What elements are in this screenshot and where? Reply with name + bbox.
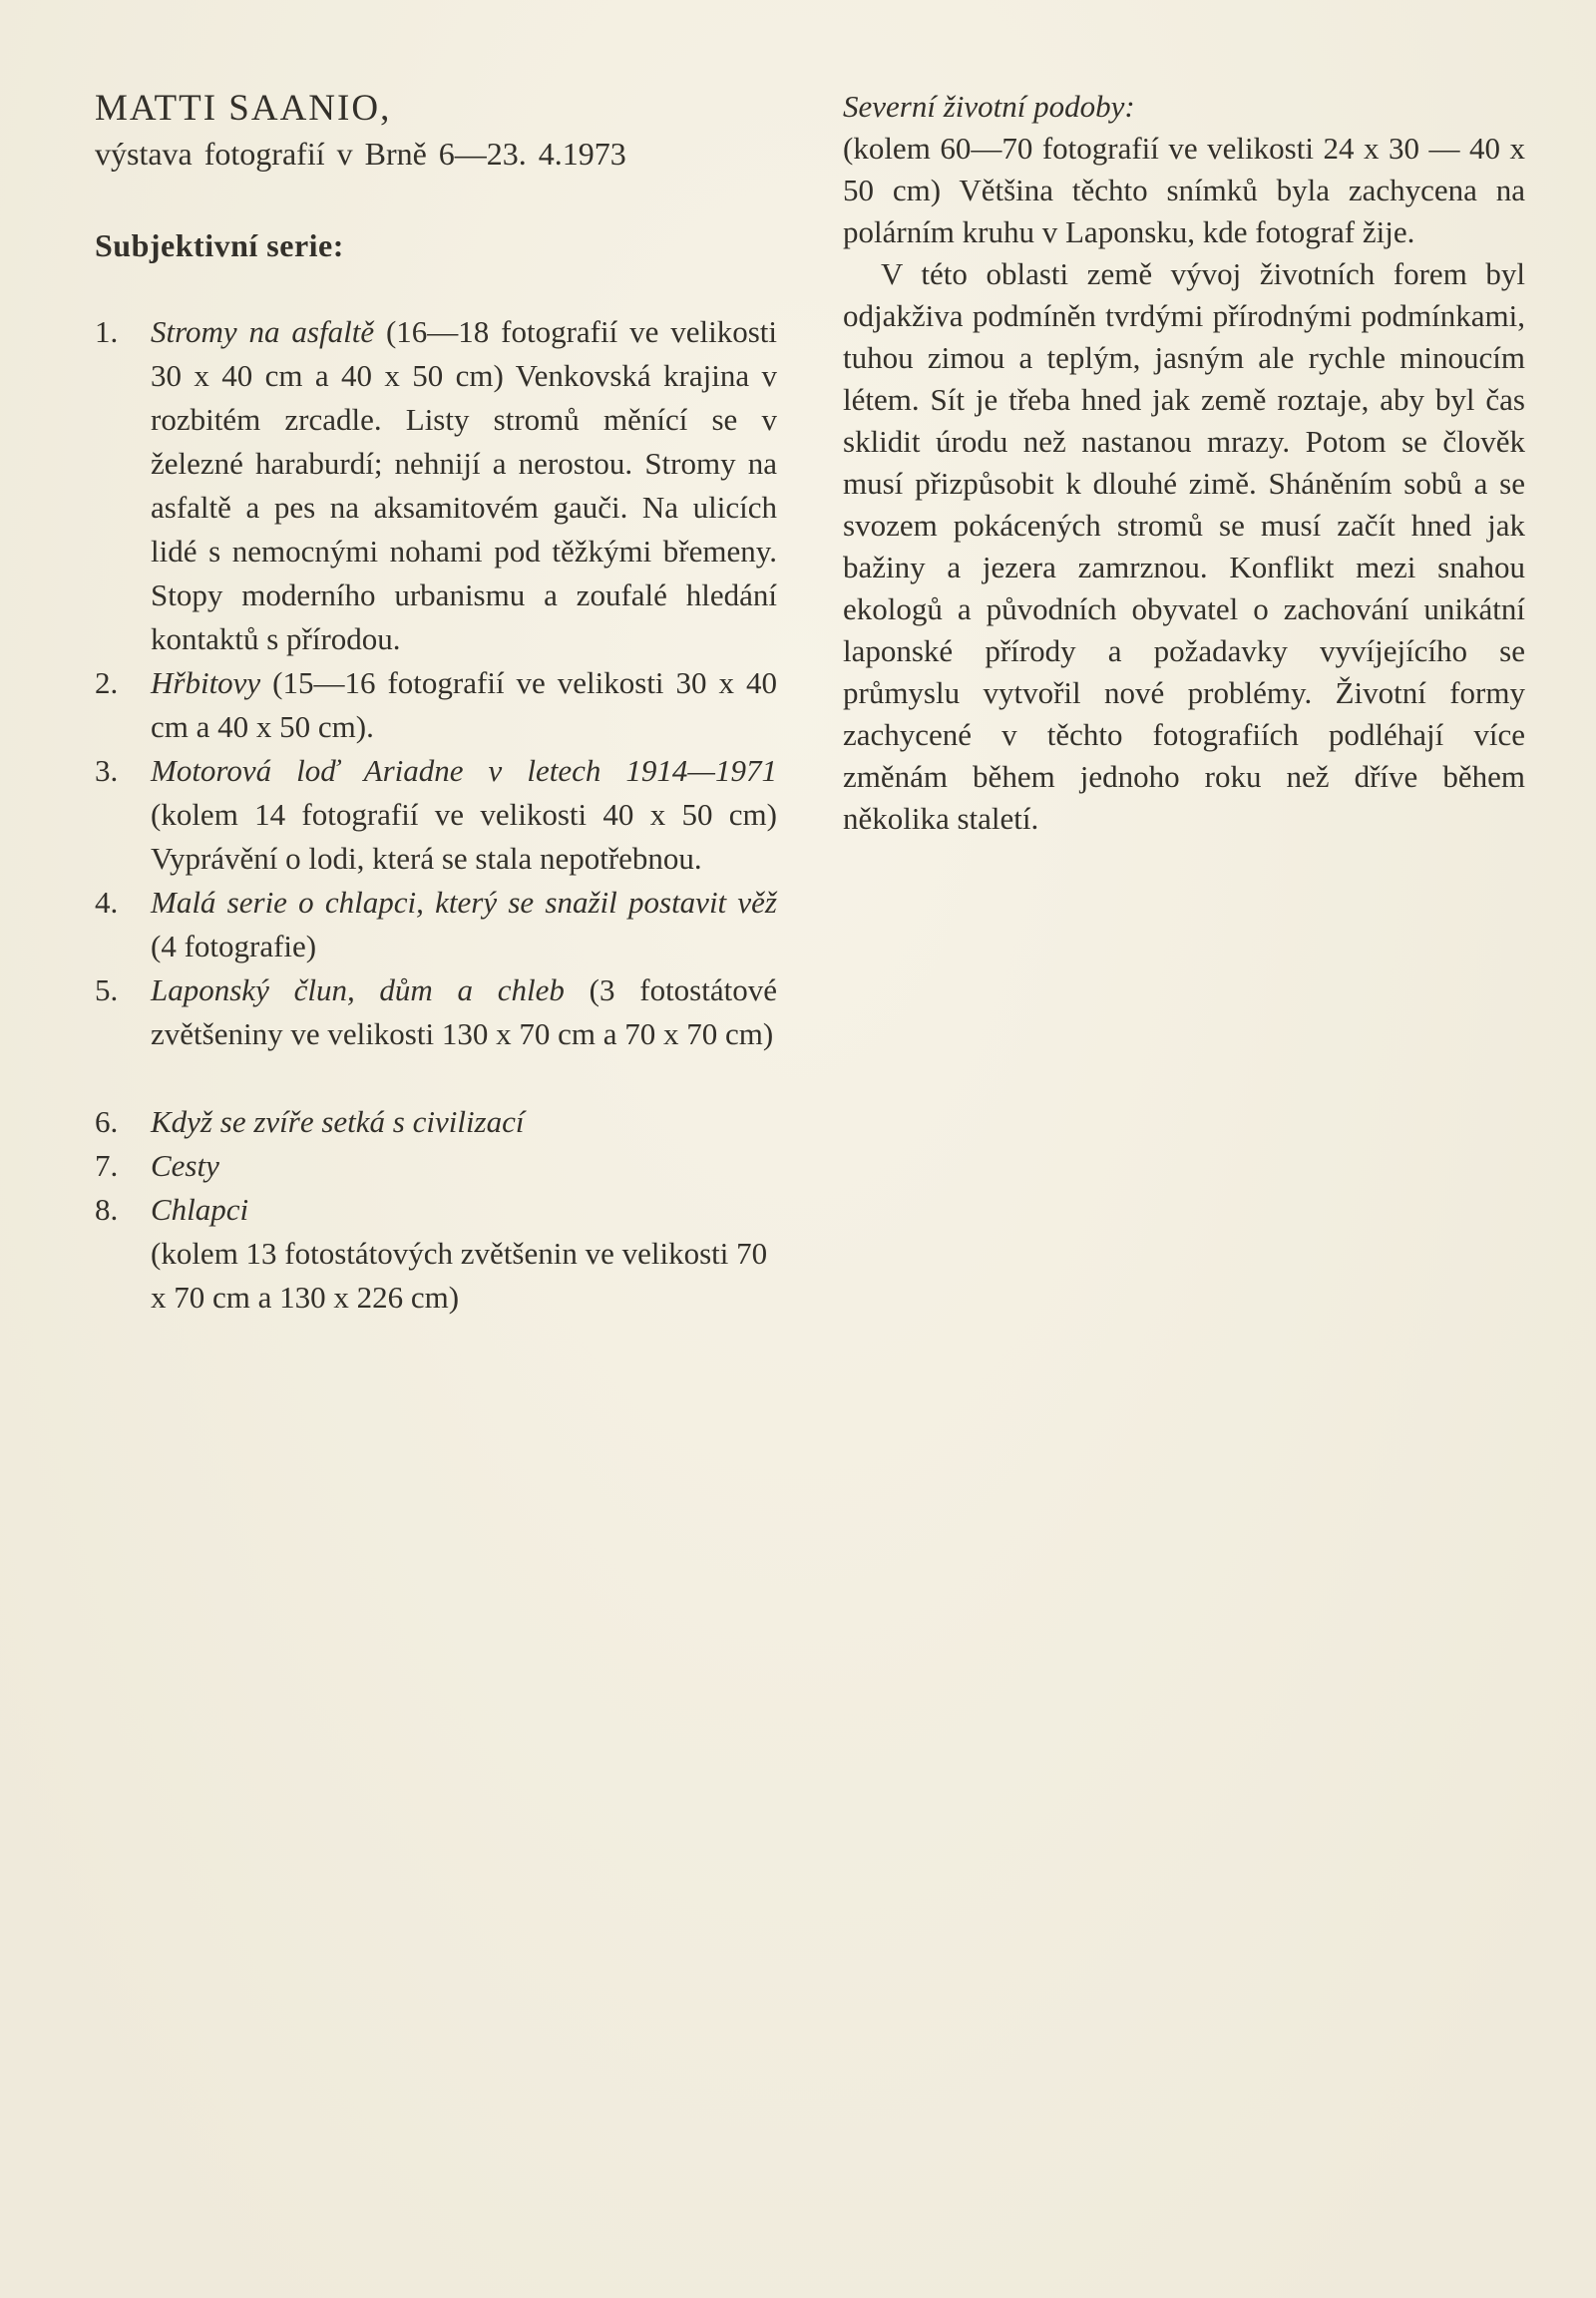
section-heading: Subjektivní serie: — [95, 227, 777, 264]
series-item-title: Stromy na asfaltě — [151, 314, 374, 349]
scanned-catalog-page: MATTI SAANIO, výstava fotografií v Brně … — [0, 0, 1596, 2298]
series-item-title: Malá serie o chlapci, který se snažil po… — [151, 885, 777, 920]
series-item-text: (kolem 14 fotografií ve velikosti 40 x 5… — [151, 797, 777, 876]
series-item-number: 4. — [95, 881, 118, 925]
series-item-title: Když se zvíře setká s civilizací — [151, 1104, 525, 1139]
series-item-text: (4 fotografie) — [151, 929, 316, 963]
right-column: Severní životní podoby: (kolem 60—70 fot… — [843, 86, 1525, 840]
series-item-title: Motorová loď Ariadne v letech 1914—1971 — [151, 753, 777, 788]
exhibition-artist-title: MATTI SAANIO, — [95, 86, 777, 132]
series-item-number: 3. — [95, 749, 118, 793]
series-item-text: (16—18 fotografií ve velikosti 30 x 40 c… — [151, 314, 777, 656]
series-item-number: 8. — [95, 1188, 118, 1232]
series-item-number: 5. — [95, 968, 118, 1012]
right-column-paragraph-1: (kolem 60—70 fotografií ve velikosti 24 … — [843, 128, 1525, 253]
series-item-4: 4.Malá serie o chlapci, který se snažil … — [95, 881, 777, 968]
series-item-5: 5.Laponský člun, dům a chleb (3 fotostát… — [95, 968, 777, 1056]
series-item-3: 3.Motorová loď Ariadne v letech 1914—197… — [95, 749, 777, 881]
series-item-7: 7.Cesty — [95, 1144, 777, 1188]
series-item-8: 8.Chlapci (kolem 13 fotostátových zvětše… — [95, 1188, 777, 1320]
series-item-title: Cesty — [151, 1148, 219, 1183]
series-item-number: 6. — [95, 1100, 118, 1144]
series-item-number: 7. — [95, 1144, 118, 1188]
series-item-2: 2.Hřbitovy (15—16 fotografií ve velikost… — [95, 661, 777, 749]
left-column: MATTI SAANIO, výstava fotografií v Brně … — [95, 86, 777, 1320]
series-item-number: 1. — [95, 310, 118, 354]
series-item-title: Hřbitovy — [151, 665, 260, 700]
right-column-paragraph-2: V této oblasti země vývoj životních fore… — [843, 253, 1525, 840]
series-item-6: 6.Když se zvíře setká s civilizací — [95, 1100, 777, 1144]
right-column-heading: Severní životní podoby: — [843, 86, 1525, 128]
series-item-1: 1.Stromy na asfaltě (16—18 fotografií ve… — [95, 310, 777, 661]
series-item-title: Chlapci — [151, 1192, 248, 1227]
series-list: 1.Stromy na asfaltě (16—18 fotografií ve… — [95, 310, 777, 1320]
exhibition-subtitle: výstava fotografií v Brně 6—23. 4.1973 — [95, 132, 777, 176]
series-item-number: 2. — [95, 661, 118, 705]
series-item-title: Laponský člun, dům a chleb — [151, 972, 565, 1007]
series-item-detail: (kolem 13 fotostátových zvětšenin ve vel… — [151, 1232, 777, 1320]
